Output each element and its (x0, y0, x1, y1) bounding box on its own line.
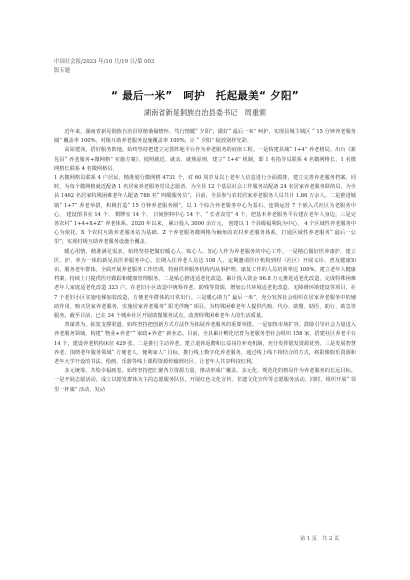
article-title: “ 最后一米” 呵护 托起最美“ 夕阳” (0, 88, 410, 103)
source-line-1: 中国社会报/2023 年/10 月/19 日/第 003 (54, 58, 204, 67)
source-line: 中国社会报/2023 年/10 月/19 日/第 003 版专题 (54, 58, 204, 76)
article-body: 近年来，湖南省新晃侗族自治县厚植桑榆情怀，笃行情暖“ 夕阳”，做好“ 最后一米”… (54, 128, 356, 395)
paragraph-service-platform: 高屋建瓴，搭好服务阵地。始终坚持把建立完善阵地平台作为养老服务的底座工程。一是构… (54, 146, 356, 174)
paragraph-caring-needs: 暖心用情，精准满足需求。始终坚持把做好暖心人、贴心人、知心人作为养老服务的中心工… (54, 248, 356, 322)
paragraph-intro: 近年来，湖南省新晃侗族自治县厚植桑榆情怀，笃行情暖“ 夕阳”，做好“ 最后一米”… (54, 128, 356, 146)
document-page: 中国社会报/2023 年/10 月/19 日/第 003 版专题 “ 最后一米”… (0, 0, 410, 580)
source-line-2: 版专题 (54, 67, 204, 76)
paragraph-service-platform-cont: 1 名微网格员联系 4 户居民，精准划分微网格 4731 个，对 60 周岁及以… (54, 174, 356, 248)
page-indicator: 第 1 页 共 2 页 (300, 535, 339, 542)
article-byline: 湖南省新晃侗族自治县委书记 周重颁 (0, 108, 410, 118)
paragraph-support-channels: 善谋善为，拓宽支撑渠道。始终坚持把创新方式方法作为拓展养老服务的重要举措。一是加… (54, 321, 356, 367)
paragraph-multi-coordination: 多元统筹，共绘幸福画卷。始终坚持把汇聚各方资源力量，推动形成广覆盖、多元化、规范… (54, 367, 356, 395)
